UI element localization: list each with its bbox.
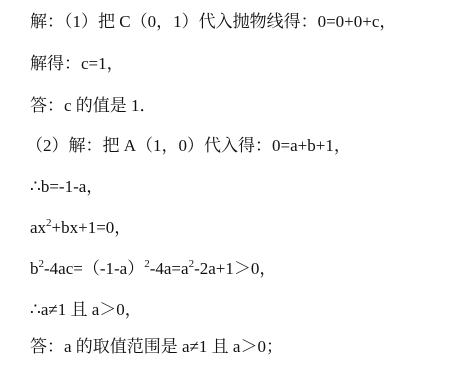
line-conclusion: ∴a≠1 且 a＞0， — [30, 300, 142, 320]
text-segment: -4a=a — [150, 259, 189, 278]
text-segment: ax — [30, 218, 46, 237]
line-solve-c: 解得：c=1， — [30, 54, 124, 74]
line-part1-substitute: 解：（1）把 C（0，1）代入抛物线得：0=0+0+c， — [30, 12, 396, 32]
text-segment: -2a+1＞0， — [194, 259, 276, 278]
line-answer-a-range: 答：a 的取值范围是 a≠1 且 a＞0； — [30, 337, 283, 357]
line-answer-c: 答：c 的值是 1． — [30, 96, 157, 116]
text-segment: b — [30, 259, 39, 278]
line-quadratic-equation: ax2+bx+1=0， — [30, 218, 131, 238]
line-b-expression: ∴b=-1-a， — [30, 177, 103, 197]
text-segment: +bx+1=0， — [52, 218, 132, 237]
line-discriminant: b2-4ac=（-1-a）2-4a=a2-2a+1＞0， — [30, 259, 276, 279]
text-segment: -4ac=（-1-a） — [44, 259, 144, 278]
line-part2-substitute: （2）解：把 A（1，0）代入得：0=a+b+1， — [26, 136, 351, 156]
